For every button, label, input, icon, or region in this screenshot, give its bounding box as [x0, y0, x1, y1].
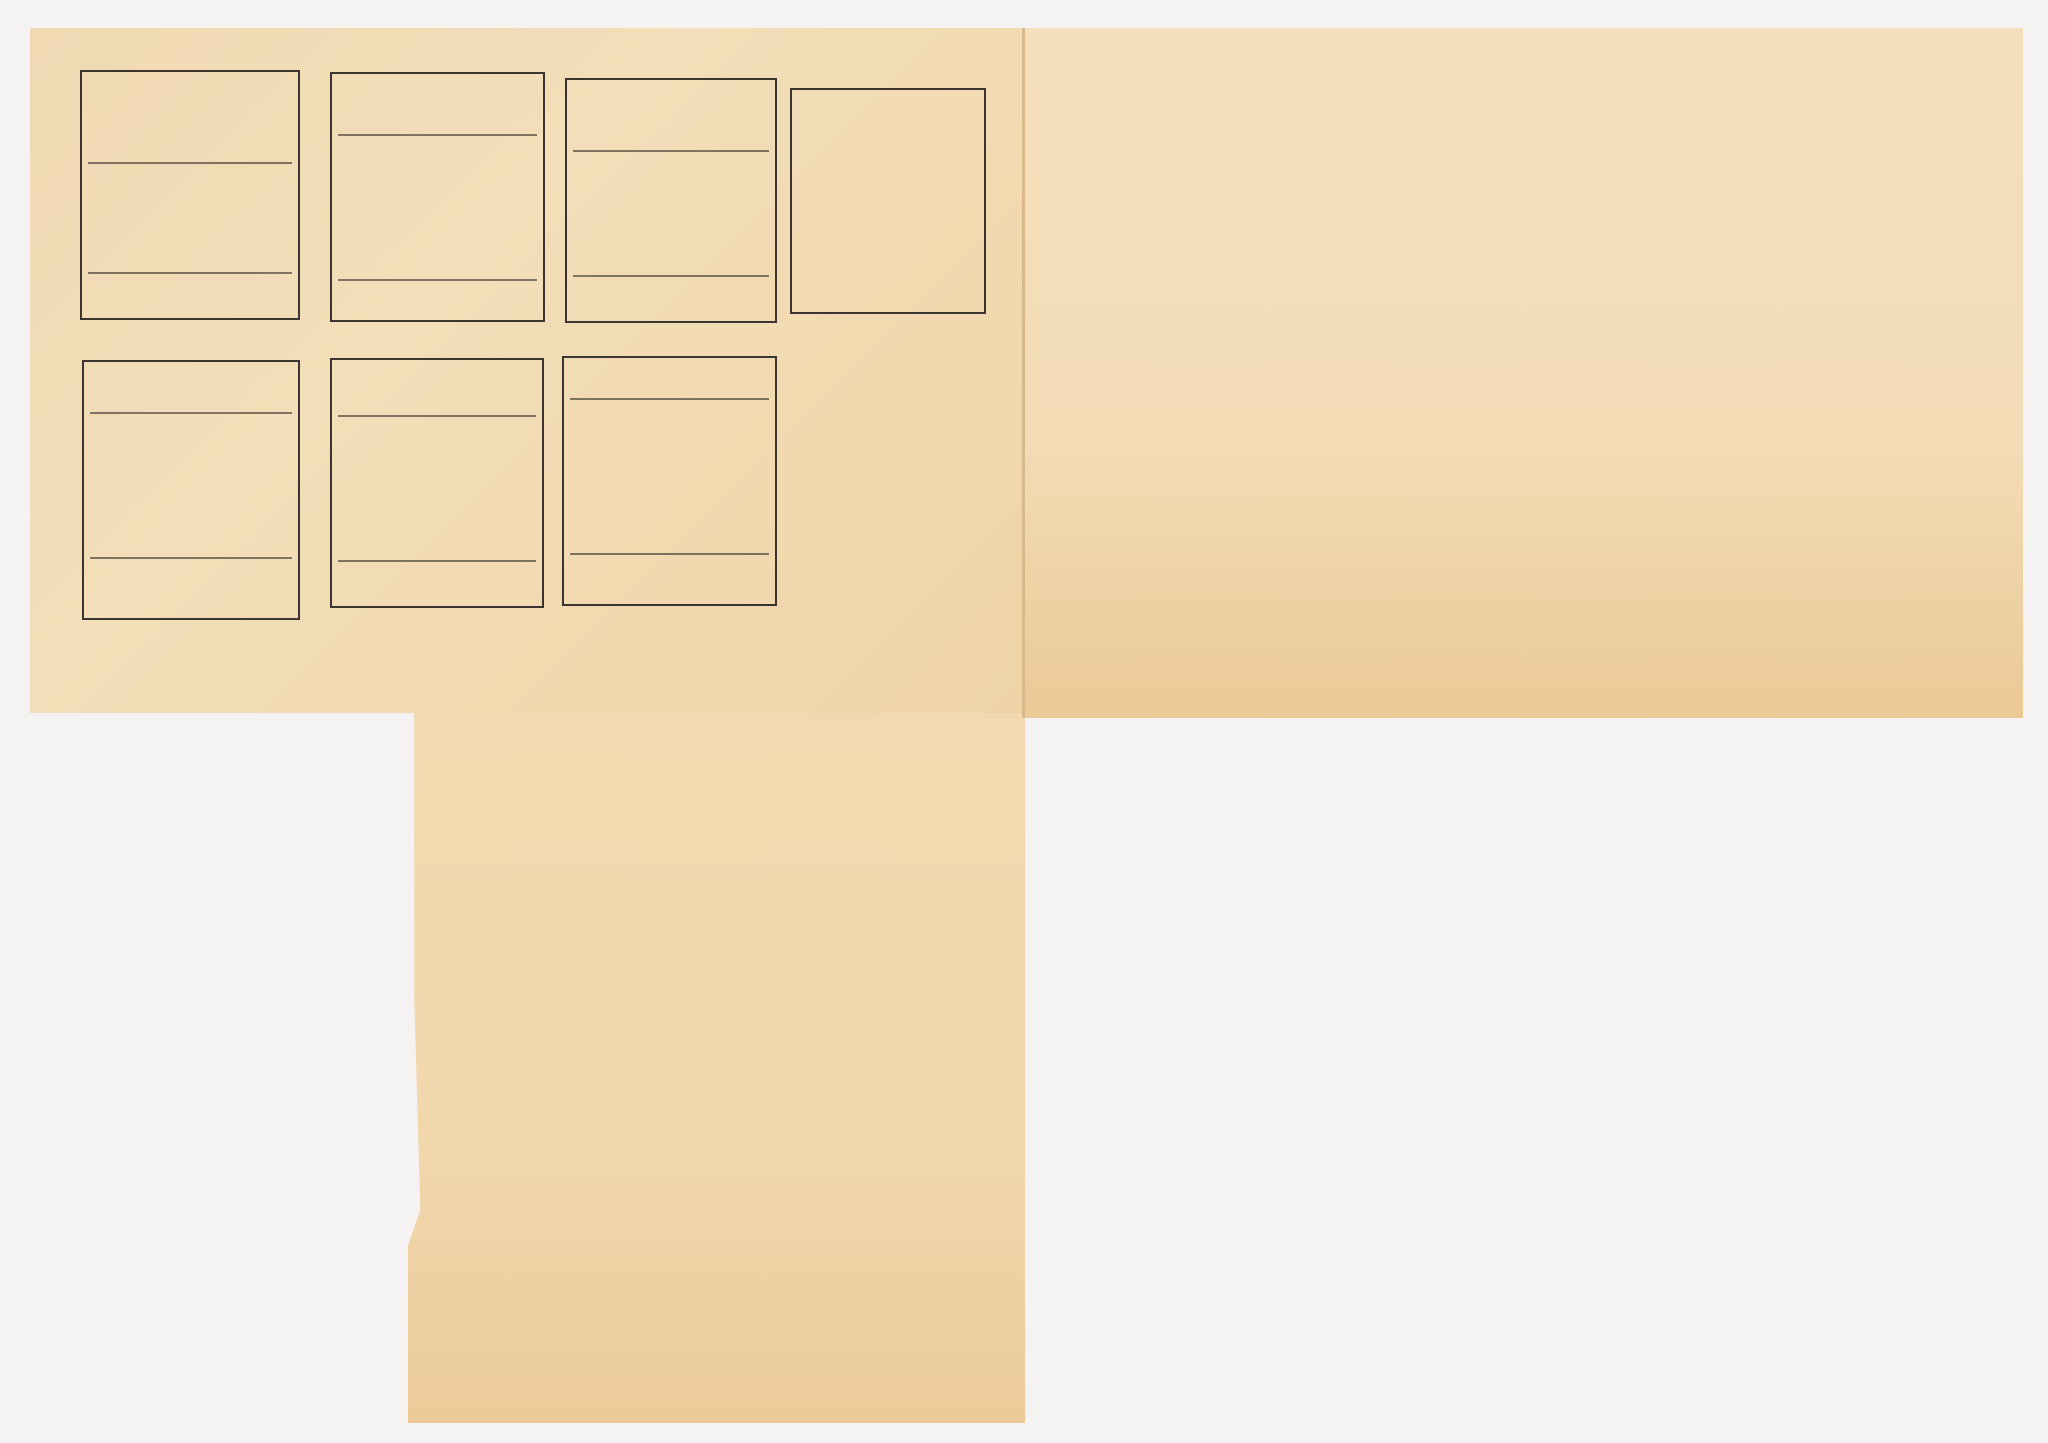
thumbnail-sketch-6	[562, 356, 777, 606]
empty-frame	[790, 88, 986, 314]
thumbnail-sketch-5	[330, 358, 544, 608]
sheet-fold	[1022, 28, 1025, 718]
blank-sheet-bottom	[408, 713, 1025, 1423]
thumbnail-sketch-4	[82, 360, 300, 620]
thumbnail-sketch-3	[565, 78, 777, 323]
blank-sheet-right	[1025, 28, 2023, 718]
thumbnail-sketch-1	[80, 70, 300, 320]
thumbnail-sketch-2	[330, 72, 545, 322]
